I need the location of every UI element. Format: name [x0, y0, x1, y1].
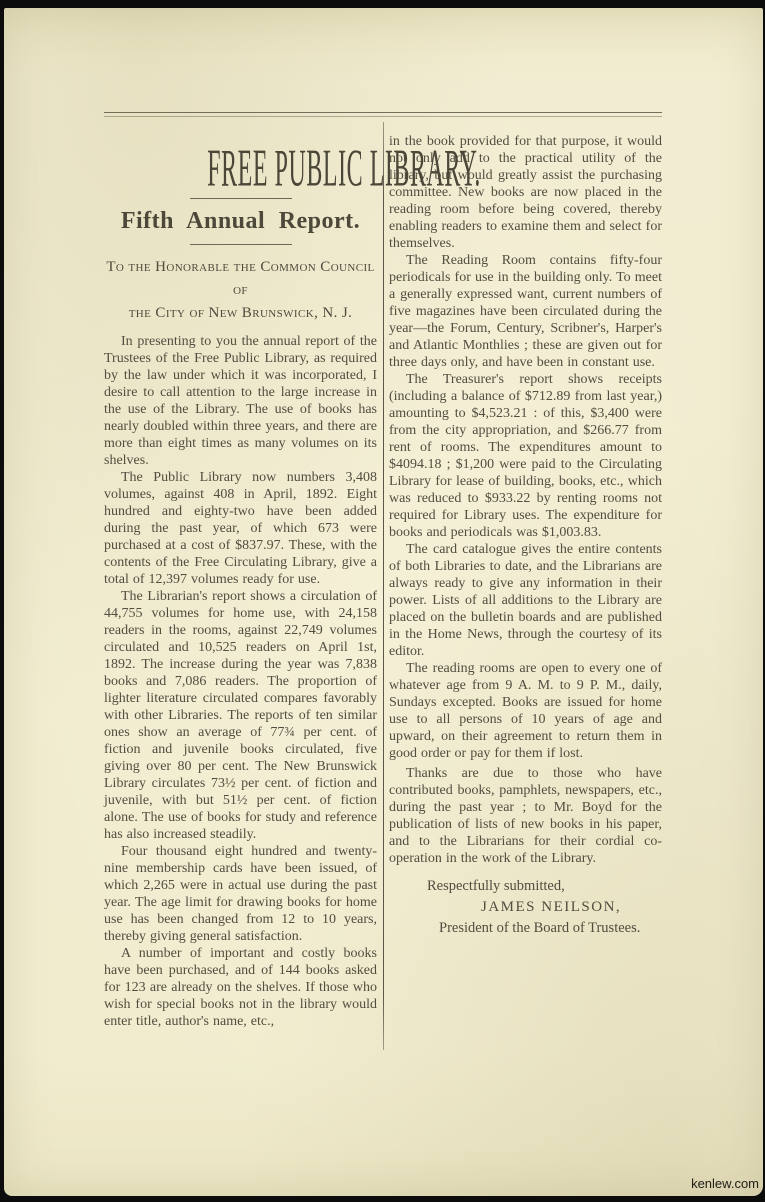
- salutation-line-1: To the Honorable the Common Council of: [104, 256, 377, 302]
- left-column: FREE PUBLIC LIBRARY. Fifth Annual Report…: [104, 123, 377, 1030]
- closing-block: Respectfully submitted, JAMES NEILSON, P…: [389, 876, 662, 938]
- closing-submitted: Respectfully submitted,: [389, 876, 662, 896]
- masthead-title: FREE PUBLIC LIBRARY.: [104, 139, 377, 187]
- short-rule-below-subtitle: [190, 244, 292, 245]
- column-divider-rule: [383, 122, 384, 1050]
- scanned-page: FREE PUBLIC LIBRARY. Fifth Annual Report…: [4, 8, 763, 1196]
- paragraph: The Reading Room contains fifty-four per…: [389, 252, 662, 371]
- salutation: To the Honorable the Common Council of t…: [104, 256, 377, 325]
- salutation-line-2: the City of New Brunswick, N. J.: [104, 302, 377, 325]
- top-double-rule: [104, 112, 662, 117]
- paragraph: The Public Library now numbers 3,408 vol…: [104, 469, 377, 588]
- report-subtitle: Fifth Annual Report.: [104, 208, 377, 235]
- watermark: kenlew.com: [691, 1176, 759, 1191]
- masthead-title-text: FREE PUBLIC LIBRARY.: [207, 139, 481, 199]
- paragraph: The card catalogue gives the entire cont…: [389, 541, 662, 660]
- paragraph: In presenting to you the annual report o…: [104, 333, 377, 469]
- paragraph: Thanks are due to those who have contrib…: [389, 765, 662, 867]
- paragraph: A number of important and costly books h…: [104, 945, 377, 1030]
- paragraph: The Librarian's report shows a circulati…: [104, 588, 377, 843]
- closing-signature: JAMES NEILSON,: [389, 896, 662, 918]
- closing-signature-title: President of the Board of Trustees.: [389, 918, 662, 938]
- page-content: FREE PUBLIC LIBRARY. Fifth Annual Report…: [104, 112, 662, 1030]
- paragraph: The Treasurer's report shows receipts (i…: [389, 371, 662, 541]
- right-column: in the book provided for that purpose, i…: [389, 123, 662, 1030]
- paragraph: Four thousand eight hundred and twenty-n…: [104, 843, 377, 945]
- paragraph: The reading rooms are open to every one …: [389, 660, 662, 762]
